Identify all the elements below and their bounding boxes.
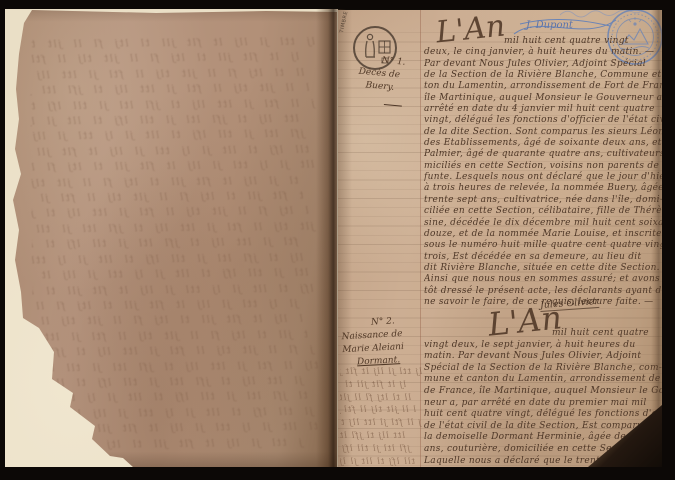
handwriting-line: des Etablissements, âgé de soixante deux… xyxy=(424,138,662,149)
handwriting-line: mil huit cent quatre vingt xyxy=(424,36,662,47)
handwriting-line: douze, et de la nommée Marie Louise, et … xyxy=(424,229,662,240)
handwriting-line: dit Rivière Blanche, située en cette dit… xyxy=(424,263,662,274)
scan-border-right xyxy=(662,0,675,480)
ghost-line: lj lt flt jll tl ltj fl ll jlt tlj ll ft… xyxy=(340,379,406,392)
ghost-line: ltt llj tl jfl ltl jl tll lfj tl llt jl … xyxy=(340,430,405,443)
handwriting-line: ciliée en cette Section, célibataire, fi… xyxy=(424,206,662,217)
handwriting-line: miciliés en cette Section, voisins non p… xyxy=(424,161,662,172)
handwriting-line: de la Section de la Rivière Blanche, Com… xyxy=(424,70,662,81)
ghost-line: j ll ftl jl ltt llj tl jfl ltl jl tll lf… xyxy=(340,417,421,430)
scan-border-bottom xyxy=(0,467,675,480)
handwriting-line: tôt dressé le présent acte, les déclaran… xyxy=(424,286,662,297)
handwriting-line: sous le numéro huit mille quatre cent qu… xyxy=(424,240,662,251)
handwriting-line: neur a, par arrêté en date du premier ma… xyxy=(424,398,662,410)
handwriting-line: huit cent quatre vingt, délégué les fonc… xyxy=(424,409,662,421)
handwriting-line: Par devant Nous Jules Olivier, Adjoint S… xyxy=(424,59,662,70)
handwriting-line: matin. Par devant Nous Jules Olivier, Ad… xyxy=(424,351,662,363)
handwriting-line: de la dite Section. Sont comparus les si… xyxy=(424,127,662,138)
handwriting-line: Spécial de la Section de la Rivière Blan… xyxy=(424,363,662,375)
handwriting-line: deux, le cinq janvier, à huit heures du … xyxy=(424,47,662,58)
handwriting-line: vingt deux, le sept janvier, à huit heur… xyxy=(424,340,662,352)
handwriting-line: ton du Lamentin, arrondissement de Fort … xyxy=(424,81,662,92)
ghost-line: l ll jlt tlj ll ftl jl ltt llj tl jfl lt… xyxy=(340,404,416,417)
handwriting-line: funte. Lesquels nous ont déclaré que le … xyxy=(424,172,662,183)
handwriting-line: sine, décédée le dix décembre mil huit c… xyxy=(424,218,662,229)
handwriting-line: Ainsi que nous nous en sommes assuré; et… xyxy=(424,274,662,285)
handwriting-line: mune et canton du Lamentin, arrondisseme… xyxy=(424,374,662,386)
handwriting-line: Palmier, âgé de quarante quatre ans, cul… xyxy=(424,149,662,160)
entry-1-text: mil huit cent quatre vingtdeux, le cinq … xyxy=(424,36,662,308)
handwriting-line: arrêté en date du 4 janvier mil huit cen… xyxy=(424,104,662,115)
page-edge-stack xyxy=(651,10,662,470)
handwriting-line: mil huit cent quatre xyxy=(424,328,662,340)
handwriting-line: trente sept ans, cultivatrice, née dans … xyxy=(424,195,662,206)
handwriting-line: île Martinique, auquel Monsieur le Gouve… xyxy=(424,93,662,104)
ghost-line: ll tl ltj fl ll jlt tlj ll ftl jl ltt ll… xyxy=(340,392,411,405)
handwriting-line: trois, Est décédée en sa demeure, au lie… xyxy=(424,252,662,263)
handwriting-line: de France, île Martinique, auquel Monsie… xyxy=(424,386,662,398)
right-page: TIMBRE J. Dupont N° 1. Décès de Buery. xyxy=(338,10,662,470)
register-book-scan: lj ttl jl llj lt flt jll tl ltj fl ll jl… xyxy=(0,0,675,480)
margin-note-entry-2: N° 2. Naissance de Marie Aleiani Dormant… xyxy=(341,314,428,370)
margin-bleedthrough: lj ttl jl llj lt flt jll tl ltj fl ll jl… xyxy=(340,366,422,470)
scan-border-top xyxy=(0,0,675,9)
top-signature-text: J. Dupont xyxy=(526,20,573,31)
ghost-line: jfl ltl jl tll lfj tl llt jl lj ttl jl l… xyxy=(340,443,410,456)
scan-border-left xyxy=(0,0,5,480)
handwriting-line: vingt, délégué les fonctions d'officier … xyxy=(424,115,662,126)
handwriting-line: de l'état civil de la dite Section, Est … xyxy=(424,421,662,433)
handwriting-line: à trois heures de relevée, la nommée Bue… xyxy=(424,183,662,194)
ghost-line: lj ttl jl llj lt flt jll tl ltj fl ll jl… xyxy=(340,366,422,379)
